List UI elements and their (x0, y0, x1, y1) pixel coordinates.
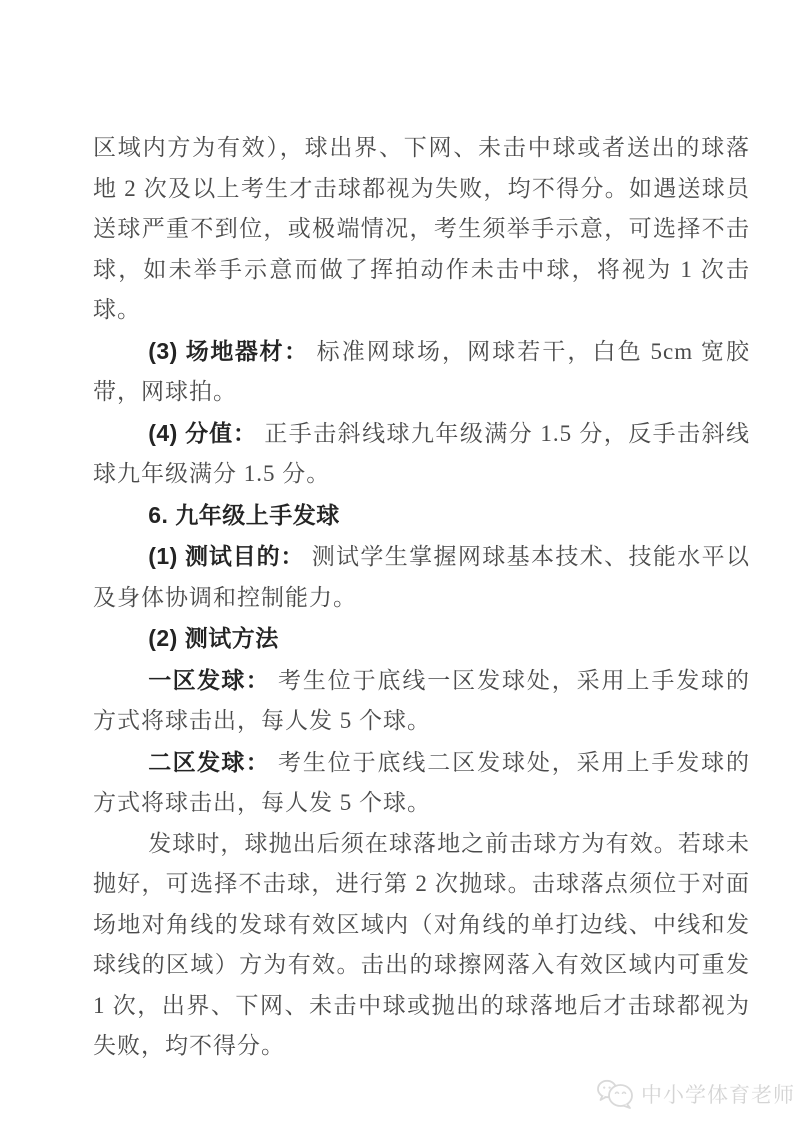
heading-text: (2) 测试方法 (148, 625, 279, 651)
paragraph-zone1-serve: 一区发球： 考生位于底线一区发球处，采用上手发球的方式将球击出，每人发 5 个球… (93, 660, 750, 742)
paragraph-text: 发球时，球抛出后须在球落地之前击球方为有效。若球未抛好，可选择不击球，进行第 2… (93, 831, 750, 1059)
paragraph-venue-equipment: (3) 场地器材： 标准网球场，网球若干，白色 5cm 宽胶带，网球拍。 (93, 331, 750, 413)
paragraph-lead-label: (1) 测试目的： (148, 543, 312, 569)
paragraph-lead-label: (3) 场地器材： (148, 338, 316, 364)
watermark: 中小学体育老师 (596, 1078, 795, 1110)
heading-test-method: (2) 测试方法 (93, 618, 750, 660)
paragraph-zone2-serve: 二区发球： 考生位于底线二区发球处，采用上手发球的方式将球击出，每人发 5 个球… (93, 742, 750, 824)
heading-text: 6. 九年级上手发球 (148, 502, 340, 528)
paragraph-serve-rules: 发球时，球抛出后须在球落地之前击球方为有效。若球未抛好，可选择不击球，进行第 2… (93, 824, 750, 1067)
paragraph-test-purpose: (1) 测试目的： 测试学生掌握网球基本技术、技能水平以及身体协调和控制能力。 (93, 536, 750, 618)
heading-grade9-overhand-serve: 6. 九年级上手发球 (93, 495, 750, 537)
paragraph-lead-label: 二区发球： (148, 749, 278, 775)
paragraph-text: 区域内方为有效），球出界、下网、未击中球或者送出的球落地 2 次及以上考生才击球… (93, 135, 750, 322)
document-body: 区域内方为有效），球出界、下网、未击中球或者送出的球落地 2 次及以上考生才击球… (93, 128, 750, 1067)
paragraph-score-value: (4) 分值： 正手击斜线球九年级满分 1.5 分，反手击斜线球九年级满分 1.… (93, 413, 750, 495)
paragraph-lead-label: (4) 分值： (148, 420, 264, 446)
paragraph-continuation: 区域内方为有效），球出界、下网、未击中球或者送出的球落地 2 次及以上考生才击球… (93, 128, 750, 331)
wechat-icon (596, 1078, 634, 1110)
paragraph-lead-label: 一区发球： (148, 667, 278, 693)
watermark-text: 中小学体育老师 (641, 1079, 795, 1109)
